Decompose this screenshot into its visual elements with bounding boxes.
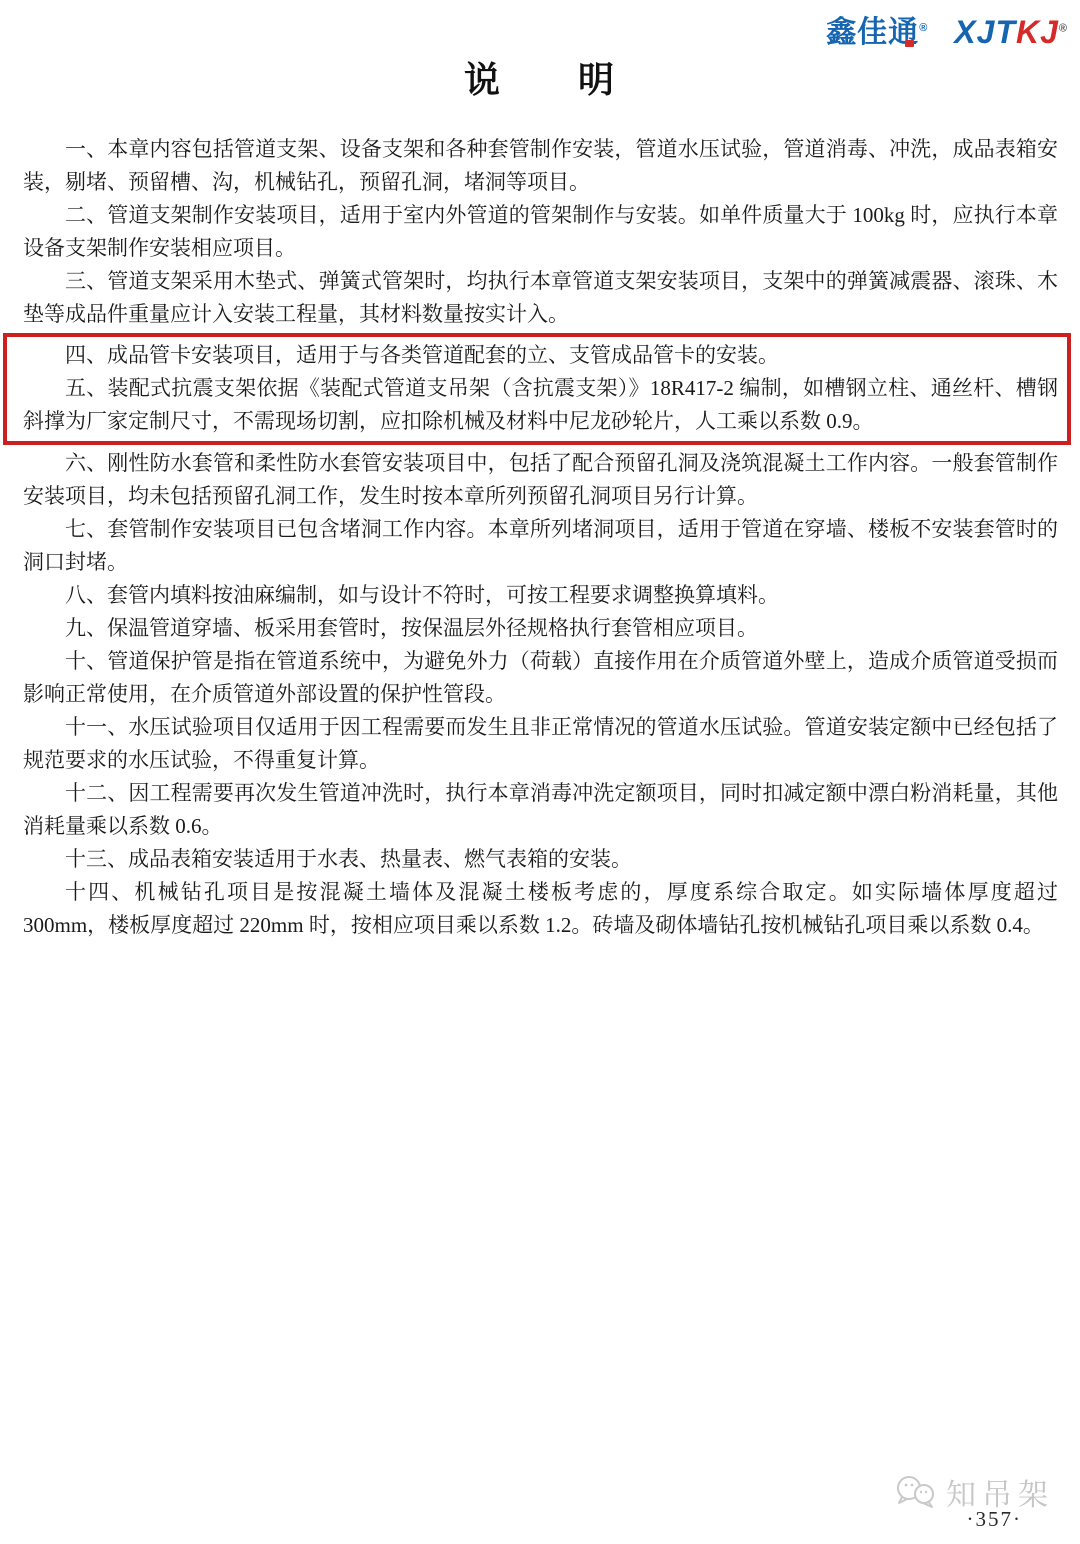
- paragraph-11: 十一、水压试验项目仅适用于因工程需要而发生且非正常情况的管道水压试验。管道安装定…: [23, 711, 1058, 777]
- document-page: 鑫佳通® XJTKJ® 说 明 一、本章内容包括管道支架、设备支架和各种套管制作…: [0, 0, 1080, 1544]
- xjtkj-logo: XJTKJ®: [954, 16, 1068, 50]
- paragraph-8: 八、套管内填料按油麻编制，如与设计不符时，可按工程要求调整换算填料。: [23, 579, 1058, 612]
- paragraph-12: 十二、因工程需要再次发生管道冲洗时，执行本章消毒冲洗定额项目，同时扣减定额中漂白…: [23, 777, 1058, 843]
- logo-red-dot-icon: [905, 40, 914, 47]
- paragraph-3: 三、管道支架采用木垫式、弹簧式管架时，均执行本章管道支架安装项目，支架中的弹簧减…: [23, 265, 1058, 331]
- xjtkj-logo-blue-text: XJT: [954, 14, 1016, 50]
- registered-mark-icon: ®: [1059, 22, 1068, 34]
- paragraph-9: 九、保温管道穿墙、板采用套管时，按保温层外径规格执行套管相应项目。: [23, 612, 1058, 645]
- paragraph-10: 十、管道保护管是指在管道系统中，为避免外力（荷载）直接作用在介质管道外壁上，造成…: [23, 645, 1058, 711]
- chat-bubbles-icon: [894, 1474, 938, 1510]
- paragraph-13: 十三、成品表箱安装适用于水表、热量表、燃气表箱的安装。: [23, 843, 1058, 876]
- paragraph-2: 二、管道支架制作安装项目，适用于室内外管道的管架制作与安装。如单件质量大于 10…: [23, 199, 1058, 265]
- paragraph-5: 五、装配式抗震支架依据《装配式管道支吊架（含抗震支架）》18R417-2 编制，…: [23, 372, 1058, 438]
- page-number: ·357·: [967, 1507, 1023, 1532]
- paragraph-7: 七、套管制作安装项目已包含堵洞工作内容。本章所列堵洞项目，适用于管道在穿墙、楼板…: [23, 513, 1058, 579]
- paragraph-1: 一、本章内容包括管道支架、设备支架和各种套管制作安装，管道水压试验，管道消毒、冲…: [23, 133, 1058, 199]
- xinjiatong-logo: 鑫佳通®: [826, 16, 928, 49]
- document-content: 一、本章内容包括管道支架、设备支架和各种套管制作安装，管道水压试验，管道消毒、冲…: [0, 133, 1080, 942]
- red-highlight-box: 四、成品管卡安装项目，适用于与各类管道配套的立、支管成品管卡的安装。 五、装配式…: [3, 333, 1071, 445]
- header-logos: 鑫佳通® XJTKJ®: [826, 16, 1068, 50]
- paragraph-4: 四、成品管卡安装项目，适用于与各类管道配套的立、支管成品管卡的安装。: [23, 339, 1058, 372]
- paragraph-6: 六、刚性防水套管和柔性防水套管安装项目中，包括了配合预留孔洞及浇筑混凝土工作内容…: [23, 447, 1058, 513]
- xjtkj-logo-red-text: KJ: [1016, 14, 1059, 50]
- registered-mark-icon: ®: [919, 22, 928, 34]
- paragraph-14: 十四、机械钻孔项目是按混凝土墙体及混凝土楼板考虑的，厚度系综合取定。如实际墙体厚…: [23, 876, 1058, 942]
